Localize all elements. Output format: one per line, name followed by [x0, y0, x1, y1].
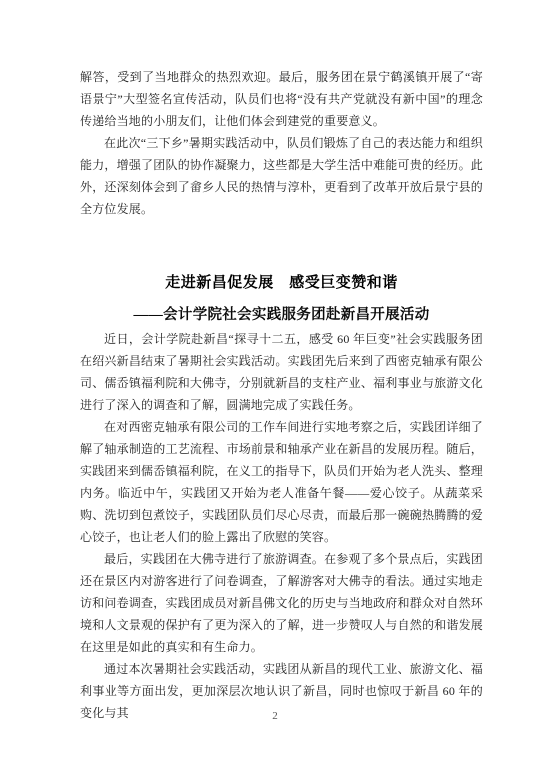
page-content: 解答，受到了当地群众的热烈欢迎。最后，服务团在景宁鹤溪镇开展了“寄语景宁”大型签…: [80, 66, 483, 724]
document-page: 解答，受到了当地群众的热烈欢迎。最后，服务团在景宁鹤溪镇开展了“寄语景宁”大型签…: [0, 0, 550, 777]
paragraph-article-factory-welfare: 在对西密克轴承有限公司的工作车间进行实地考察之后，实践团详细了解了轴承制造的工艺…: [80, 416, 483, 548]
article-subtitle: ——会计学院社会实践服务团赴新昌开展活动: [80, 302, 483, 328]
article-title: 走进新昌促发展 感受巨变赞和谐: [80, 268, 483, 298]
paragraph-article-temple-survey: 最后，实践团在大佛寺进行了旅游调查。在参观了多个景点后，实践团还在景区内对游客进…: [80, 548, 483, 658]
page-number: 2: [0, 710, 550, 722]
paragraph-summary: 在此次“三下乡”暑期实践活动中，队员们锻炼了自己的表达能力和组织能力，增强了团队…: [80, 132, 483, 220]
paragraph-article-intro: 近日，会计学院赴新昌“探寻十二五，感受 60 年巨变”社会实践服务团在绍兴新昌结…: [80, 328, 483, 416]
article-section: 走进新昌促发展 感受巨变赞和谐 ——会计学院社会实践服务团赴新昌开展活动 近日，…: [80, 268, 483, 724]
continued-section: 解答，受到了当地群众的热烈欢迎。最后，服务团在景宁鹤溪镇开展了“寄语景宁”大型签…: [80, 66, 483, 220]
paragraph-continued: 解答，受到了当地群众的热烈欢迎。最后，服务团在景宁鹤溪镇开展了“寄语景宁”大型签…: [80, 66, 483, 132]
